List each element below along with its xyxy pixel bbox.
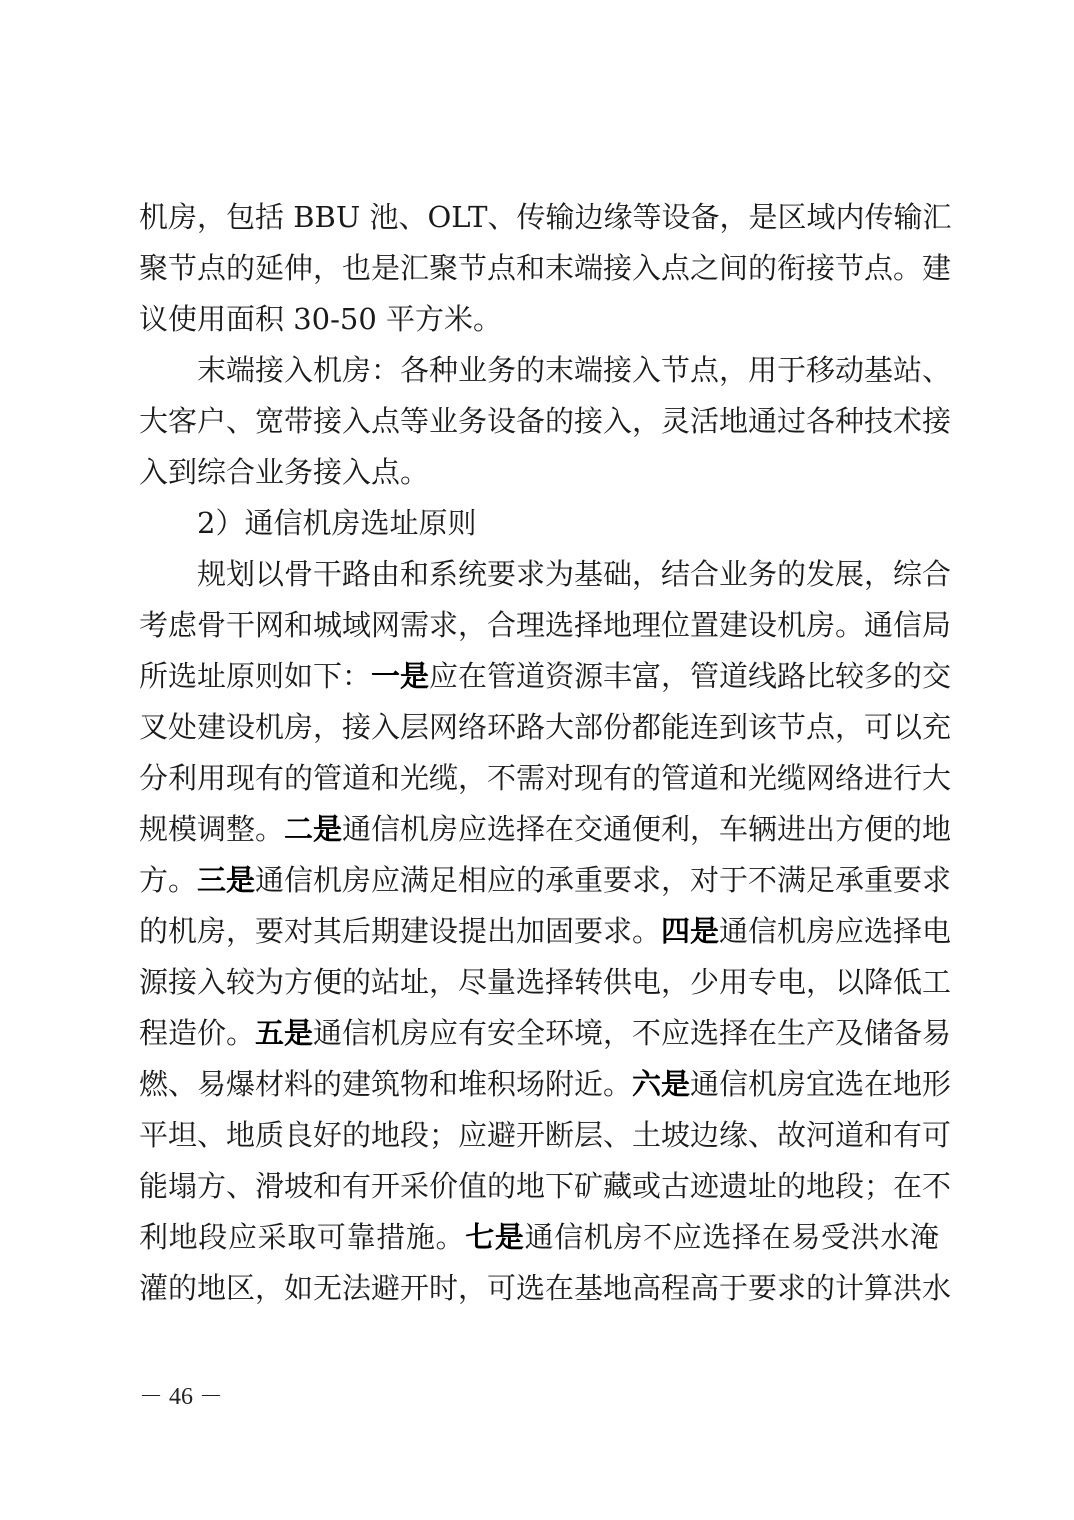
- text-segment: 分利用现有的管道和光缆，不需对现有的管道和光缆网络进行大: [139, 761, 951, 795]
- text-segment: 所选址原则如下：: [139, 659, 371, 693]
- paragraph-line: 议使用面积 30-50 平方米。: [139, 299, 939, 339]
- heading-text: 2）通信机房选址原则: [197, 506, 476, 540]
- text-segment: 通信机房应选择在交通便利，车辆进出方便的地: [342, 812, 951, 846]
- paragraph-line: 灌的地区，如无法避开时，可选在基地高程高于要求的计算洪水: [139, 1268, 939, 1308]
- paragraph-line: 平坦、地质良好的地段；应避开断层、土坡边缘、故河道和有可: [139, 1115, 939, 1155]
- text-segment: 平坦、地质良好的地段；应避开断层、土坡边缘、故河道和有可: [139, 1118, 951, 1152]
- text-segment: 入到综合业务接入点。: [139, 455, 429, 489]
- paragraph-line: 能塌方、滑坡和有开采价值的地下矿藏或古迹遗址的地段；在不: [139, 1166, 939, 1206]
- emphasis-text: 一是: [371, 659, 429, 693]
- text-segment: 通信机房应满足相应的承重要求，对于不满足承重要求: [255, 863, 951, 897]
- paragraph-line: 的机房，要对其后期建设提出加固要求。四是通信机房应选择电: [139, 911, 939, 951]
- text-segment: 通信机房应选择电: [719, 914, 951, 948]
- text-segment: 大客户、宽带接入点等业务设备的接入，灵活地通过各种技术接: [139, 404, 951, 438]
- emphasis-text: 三是: [197, 863, 255, 897]
- page-number: － 46 －: [139, 1382, 223, 1412]
- paragraph-line: 燃、易爆材料的建筑物和堆积场附近。六是通信机房宜选在地形: [139, 1064, 939, 1104]
- text-segment: 规划以骨干路由和系统要求为基础，结合业务的发展，综合: [197, 557, 951, 591]
- text-segment: 方。: [139, 863, 197, 897]
- emphasis-text: 五是: [255, 1016, 313, 1050]
- text-segment: 的机房，要对其后期建设提出加固要求。: [139, 914, 661, 948]
- emphasis-text: 六是: [632, 1067, 690, 1101]
- text-segment: 源接入较为方便的站址，尽量选择转供电，少用专电，以降低工: [139, 965, 951, 999]
- text-segment: 聚节点的延伸，也是汇聚节点和末端接入点之间的衔接节点。建: [139, 251, 951, 285]
- paragraph-line: 源接入较为方便的站址，尽量选择转供电，少用专电，以降低工: [139, 962, 939, 1002]
- section-heading: 2）通信机房选址原则: [197, 503, 939, 543]
- paragraph-line: 方。三是通信机房应满足相应的承重要求，对于不满足承重要求: [139, 860, 939, 900]
- paragraph-line: 程造价。五是通信机房应有安全环境，不应选择在生产及储备易: [139, 1013, 939, 1053]
- text-segment: 程造价。: [139, 1016, 255, 1050]
- text-segment: 规模调整。: [139, 812, 284, 846]
- text-segment: 利地段应采取可靠措施。: [139, 1220, 465, 1254]
- paragraph-line: 聚节点的延伸，也是汇聚节点和末端接入点之间的衔接节点。建: [139, 248, 939, 288]
- paragraph-line: 叉处建设机房，接入层网络环路大部份都能连到该节点，可以充: [139, 707, 939, 747]
- text-segment: 末端接入机房：各种业务的末端接入节点，用于移动基站、: [197, 353, 951, 387]
- paragraph-line: 分利用现有的管道和光缆，不需对现有的管道和光缆网络进行大: [139, 758, 939, 798]
- paragraph-line: 规划以骨干路由和系统要求为基础，结合业务的发展，综合: [197, 554, 939, 594]
- text-segment: 机房，包括 BBU 池、OLT、传输边缘等设备，是区域内传输汇: [139, 200, 952, 234]
- emphasis-text: 四是: [661, 914, 719, 948]
- paragraph-line: 利地段应采取可靠措施。七是通信机房不应选择在易受洪水淹: [139, 1217, 939, 1257]
- emphasis-text: 二是: [284, 812, 342, 846]
- paragraph-line: 考虑骨干网和城域网需求，合理选择地理位置建设机房。通信局: [139, 605, 939, 645]
- document-page: 机房，包括 BBU 池、OLT、传输边缘等设备，是区域内传输汇 聚节点的延伸，也…: [0, 0, 1074, 1520]
- text-segment: 应在管道资源丰富，管道线路比较多的交: [429, 659, 951, 693]
- text-segment: 通信机房应有安全环境，不应选择在生产及储备易: [313, 1016, 951, 1050]
- paragraph-line: 末端接入机房：各种业务的末端接入节点，用于移动基站、: [197, 350, 939, 390]
- paragraph-line: 大客户、宽带接入点等业务设备的接入，灵活地通过各种技术接: [139, 401, 939, 441]
- paragraph-line: 入到综合业务接入点。: [139, 452, 939, 492]
- text-segment: 通信机房不应选择在易受洪水淹: [525, 1220, 939, 1254]
- text-segment: 考虑骨干网和城域网需求，合理选择地理位置建设机房。通信局: [139, 608, 951, 642]
- paragraph-line: 规模调整。二是通信机房应选择在交通便利，车辆进出方便的地: [139, 809, 939, 849]
- text-segment: 通信机房宜选在地形: [690, 1067, 951, 1101]
- paragraph-line: 机房，包括 BBU 池、OLT、传输边缘等设备，是区域内传输汇: [139, 197, 939, 237]
- text-segment: 灌的地区，如无法避开时，可选在基地高程高于要求的计算洪水: [139, 1271, 951, 1305]
- text-segment: 议使用面积 30-50 平方米。: [139, 302, 502, 336]
- text-segment: 叉处建设机房，接入层网络环路大部份都能连到该节点，可以充: [139, 710, 951, 744]
- text-segment: 能塌方、滑坡和有开采价值的地下矿藏或古迹遗址的地段；在不: [139, 1169, 951, 1203]
- emphasis-text: 七是: [465, 1220, 524, 1254]
- text-segment: 燃、易爆材料的建筑物和堆积场附近。: [139, 1067, 632, 1101]
- paragraph-line: 所选址原则如下：一是应在管道资源丰富，管道线路比较多的交: [139, 656, 939, 696]
